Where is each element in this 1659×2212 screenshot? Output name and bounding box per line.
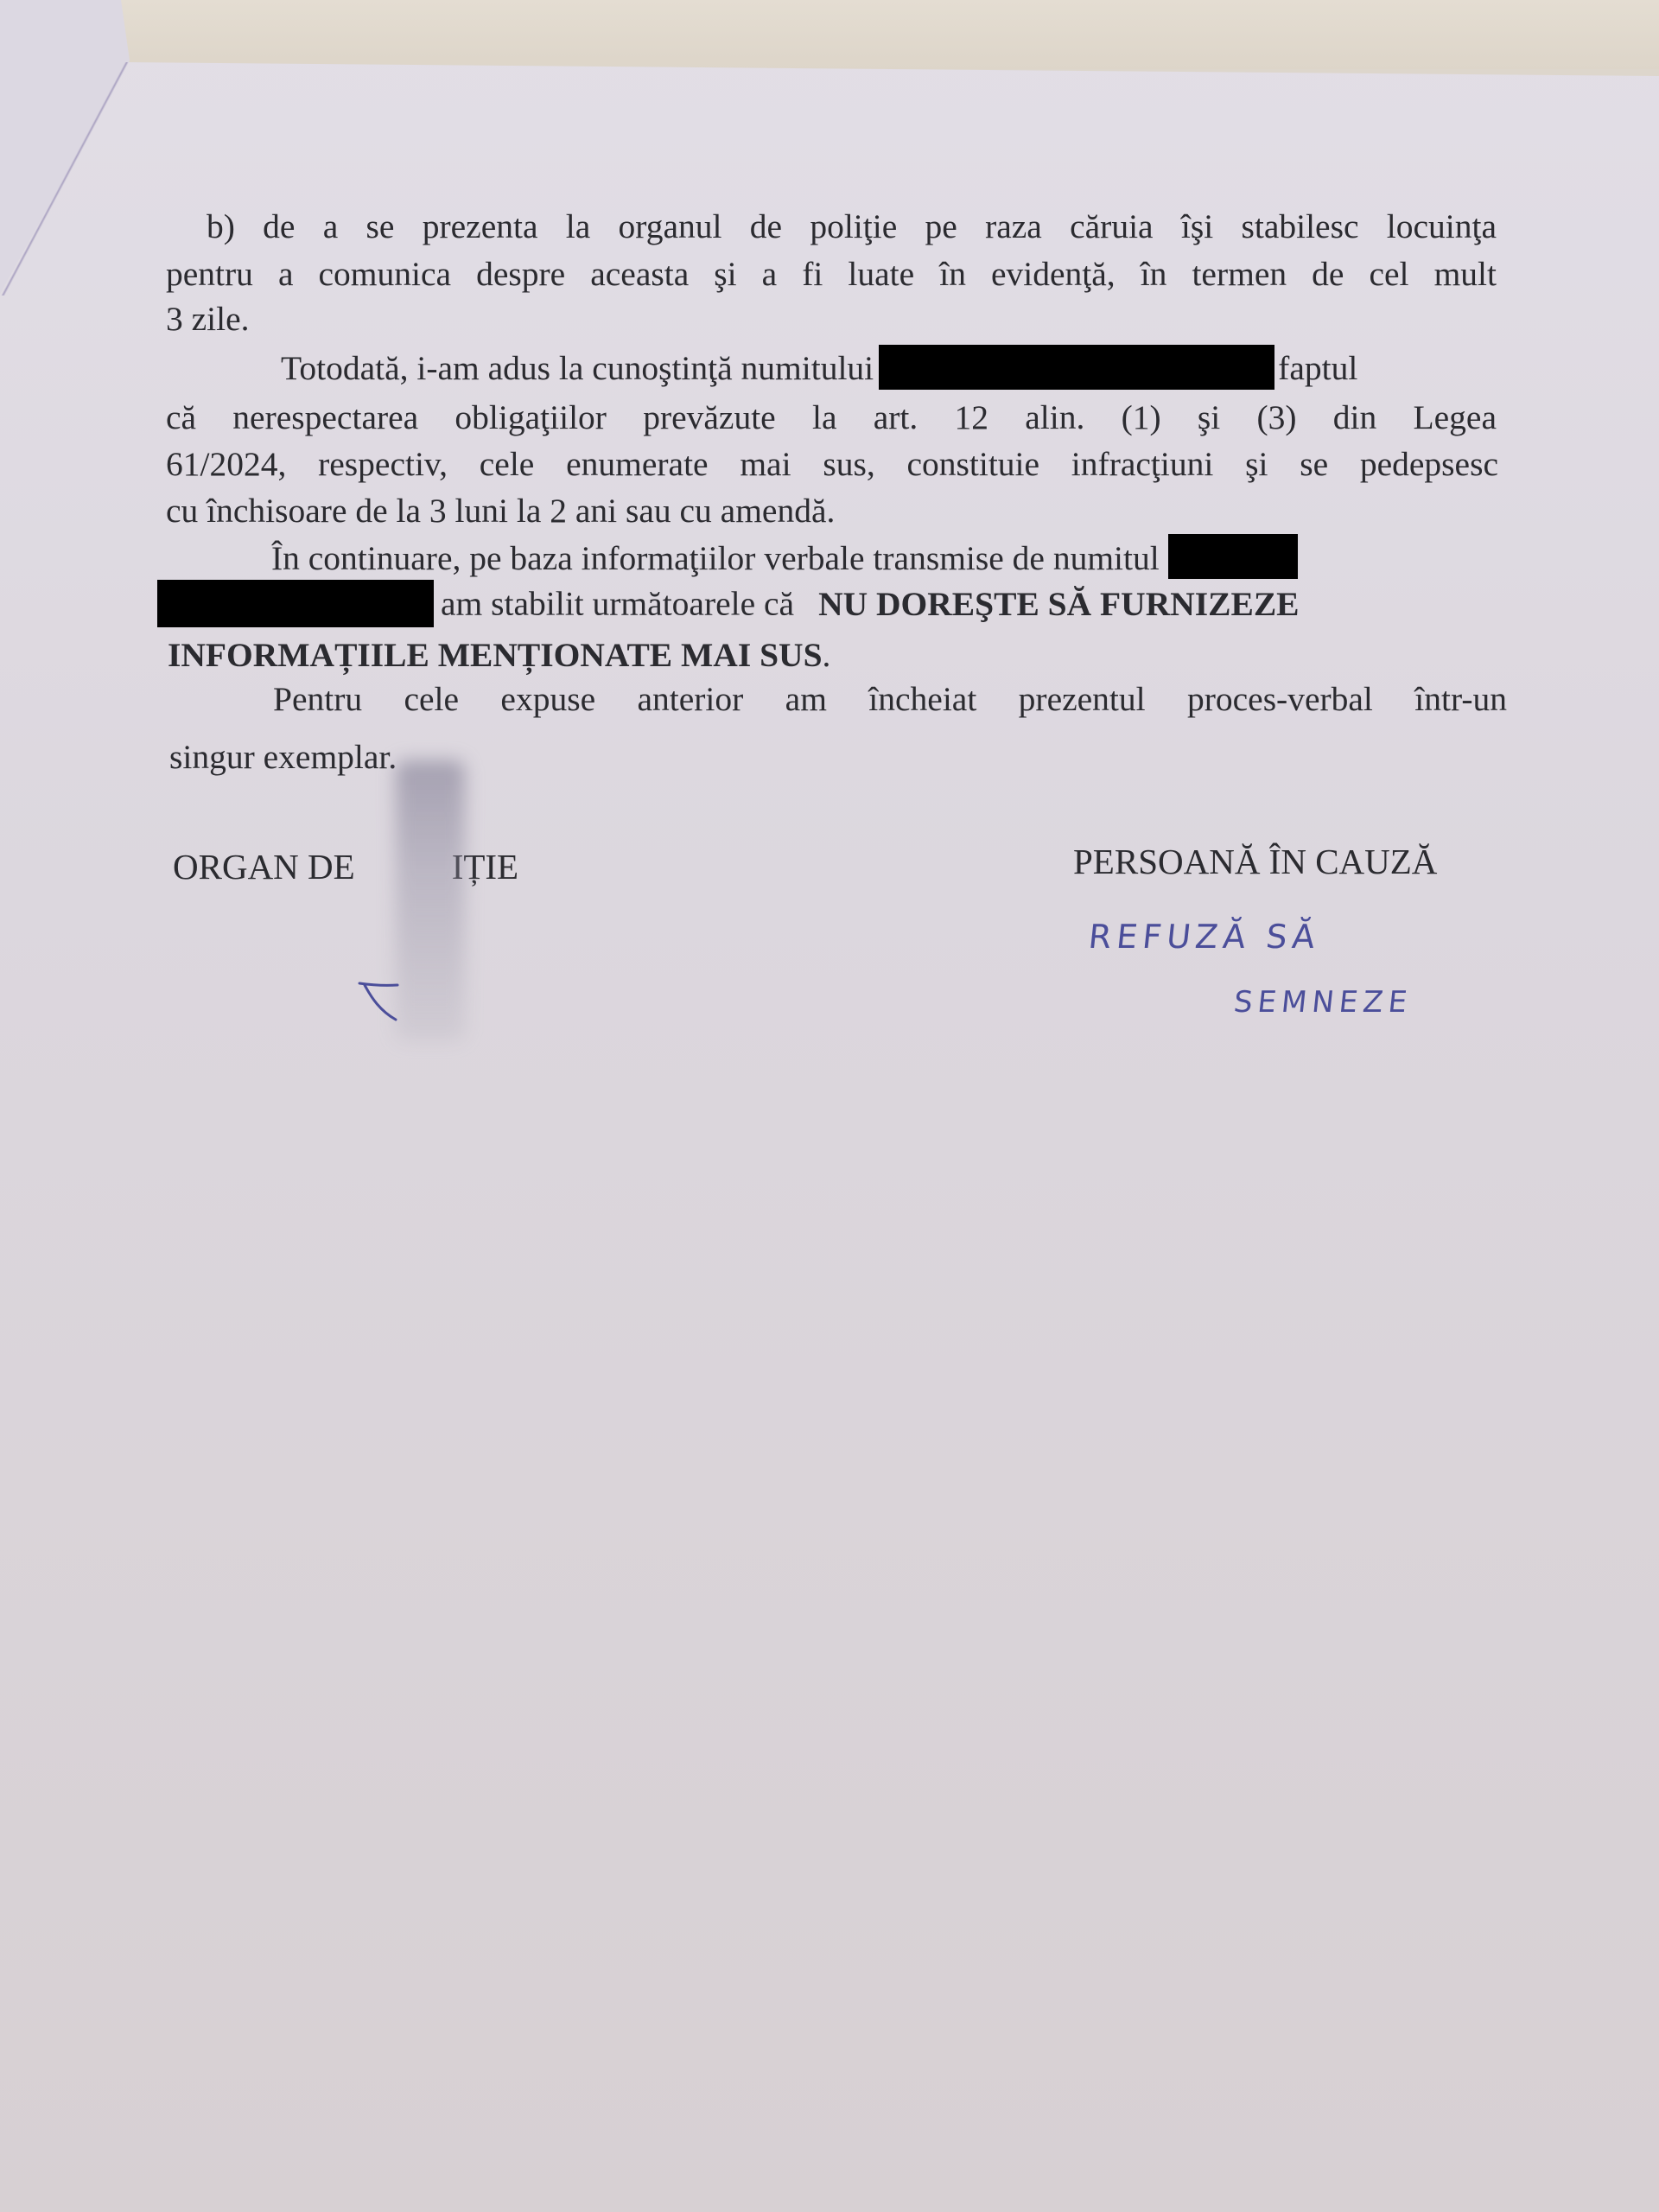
paragraph-totodata-line-1: Totodată, i-am adus la cunoştinţă numitu… [281,352,1357,390]
continuare-bold-informatii: INFORMAȚIILE MENȚIONATE MAI SUS [168,636,823,674]
paragraph-totodata-line-4: cu închisoare de la 3 luni la 2 ani sau … [166,494,835,529]
paragraph-b-line-2: pentru a comunica despre aceasta şi a fi… [166,257,1497,292]
paragraph-b-line-3: 3 zile. [166,302,250,337]
redaction-box-name-1 [879,345,1274,390]
period: . [823,636,831,674]
continuare-bold-statement: NU DOREŞTE SĂ FURNIZEZE [818,585,1299,623]
continuare-text: În continuare, pe baza informaţiilor ver… [271,539,1160,577]
paragraph-totodata-line-3: 61/2024, respectiv, cele enumerate mai s… [166,448,1498,482]
paragraph-b-line-1: b) de a se prezenta la organul de poliţi… [207,210,1497,245]
handwritten-semneze: SEMNEZE [1232,985,1414,1020]
redaction-box-name-2b [157,580,434,627]
handwritten-refuza-sa: REFUZĂ SĂ [1087,918,1322,956]
paragraph-continuare-line-3: INFORMAȚIILE MENȚIONATE MAI SUS. [168,639,830,673]
background-wall [0,0,1659,69]
signature-left-label: ORGAN DEIȚIE [173,849,518,885]
redaction-box-name-2a [1168,534,1298,579]
signature-right-label: PERSOANĂ ÎN CAUZĂ [1073,844,1437,880]
paragraph-final-line-2: singur exemplar. [169,741,397,775]
totodata-text-before: Totodată, i-am adus la cunoştinţă numitu… [281,349,874,387]
paragraph-final-line-1: Pentru cele expuse anterior am încheiat … [273,683,1507,717]
totodata-text-after: faptul [1278,349,1357,387]
paragraph-continuare-line-1: În continuare, pe baza informaţiilor ver… [271,542,1298,579]
continuare-stabilit: am stabilit următoarele că [441,585,794,623]
blurred-signature-area [396,760,465,1041]
organ-label-start: ORGAN DE [173,847,355,887]
paragraph-continuare-line-2: am stabilit următoarele căNU DOREŞTE SĂ … [157,587,1300,627]
paragraph-totodata-line-2: că nerespectarea obligaţiilor prevăzute … [166,401,1497,435]
page-edge-shadow [0,62,130,296]
signature-pen-mark [354,976,406,1024]
